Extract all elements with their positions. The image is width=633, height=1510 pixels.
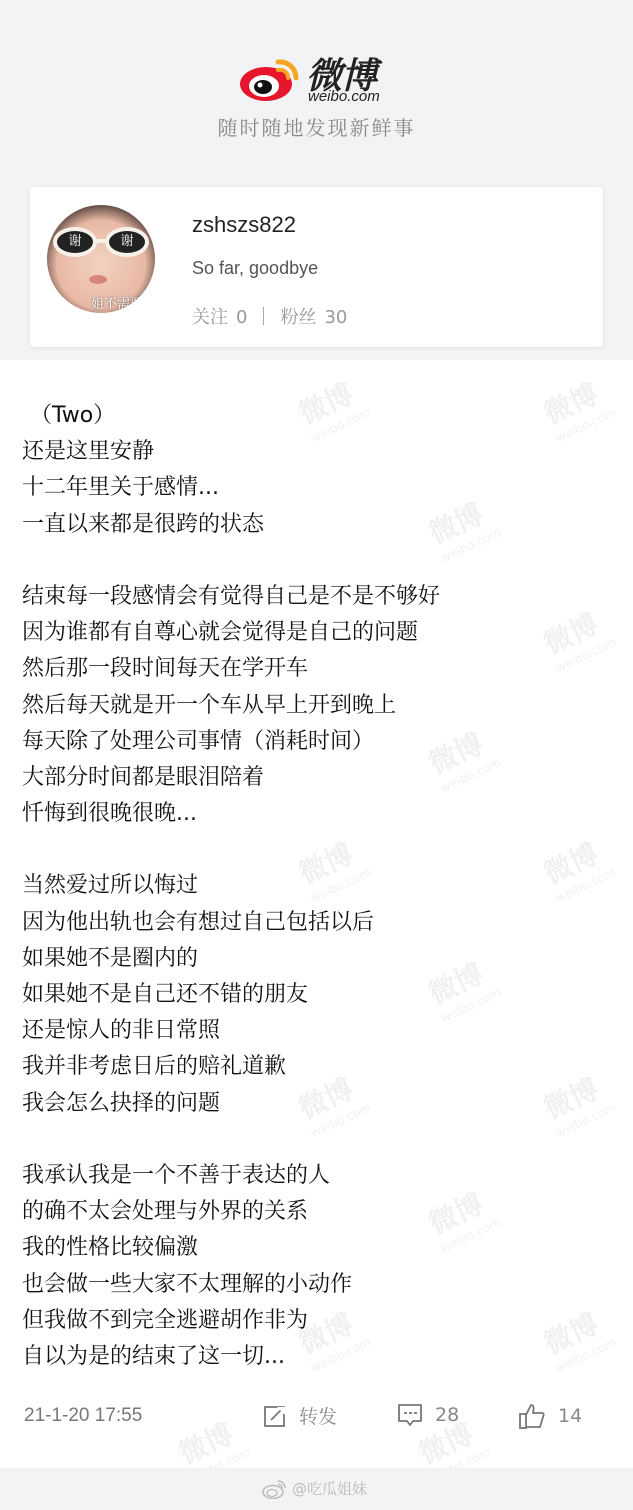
- post-line: 还是这里安静: [22, 434, 612, 470]
- post-line-blank: [22, 832, 612, 868]
- post-line: 我承认我是一个不善于表达的人: [22, 1158, 612, 1194]
- like-count: 14: [558, 1405, 582, 1427]
- following-count: 0: [236, 307, 247, 328]
- post-line: （Two）: [30, 398, 612, 434]
- weibo-logo: 微博 weibo.com: [236, 42, 406, 104]
- post-body: （Two） 还是这里安静 十二年里关于感情... 一直以来都是很跨的状态 结束每…: [22, 398, 612, 1375]
- user-bio: So far, goodbye: [192, 258, 318, 279]
- post-line: 结束每一段感情会有觉得自己是不是不够好: [22, 579, 612, 615]
- post-line: 每天除了处理公司事情（消耗时间）: [22, 724, 612, 760]
- post-line: 因为他出轨也会有想过自己包括以后: [22, 905, 612, 941]
- post-line: 也会做一些大家不太理解的小动作: [22, 1267, 612, 1303]
- weibo-small-icon: [262, 1479, 288, 1499]
- post-line: 如果她不是自己还不错的朋友: [22, 977, 612, 1013]
- post-line: 我的性格比较偏激: [22, 1230, 612, 1266]
- post-line-blank: [22, 1122, 612, 1158]
- post-line: 然后那一段时间每天在学开车: [22, 651, 612, 687]
- post-line: 我并非考虑日后的赔礼道歉: [22, 1049, 612, 1085]
- post-line: 但我做不到完全逃避胡作非为: [22, 1303, 612, 1339]
- repost-icon: [263, 1404, 287, 1428]
- post-timestamp: 21-1-20 17:55: [24, 1405, 142, 1427]
- weibo-eye-icon: [238, 56, 302, 102]
- avatar-glasses-left: 谢: [53, 227, 97, 257]
- username[interactable]: zshszs822: [192, 212, 296, 238]
- post-line: 忏悔到很晚很晚...: [22, 796, 612, 832]
- repost-button[interactable]: 转发: [263, 1402, 337, 1429]
- repost-label: 转发: [299, 1402, 337, 1429]
- slogan: 随时随地发现新鲜事: [0, 112, 633, 141]
- following-label: 关注: [192, 307, 228, 328]
- post-line: 然后每天就是开一个车从早上开到晚上: [22, 688, 612, 724]
- post-line-blank: [22, 543, 612, 579]
- post-line: 十二年里关于感情...: [22, 470, 612, 506]
- comment-count: 28: [435, 1404, 459, 1426]
- logo-text-en: weibo.com: [308, 88, 380, 105]
- post-line: 当然爱过所以悔过: [22, 868, 612, 904]
- post-line: 大部分时间都是眼泪陪着: [22, 760, 612, 796]
- avatar[interactable]: 谢 谢 姐不需要: [47, 205, 155, 313]
- comment-button[interactable]: 28: [397, 1402, 459, 1428]
- post-line: 的确不太会处理与外界的关系: [22, 1194, 612, 1230]
- footer-source-handle: @吃瓜姐妹: [292, 1478, 367, 1499]
- user-stats: 关注0 粉丝30: [192, 303, 347, 329]
- post-line: 自以为是的结束了这一切...: [22, 1339, 612, 1375]
- following-link[interactable]: 关注0: [192, 303, 247, 329]
- avatar-mouth: [89, 275, 107, 284]
- footer-source: @吃瓜姐妹: [262, 1478, 367, 1499]
- post-meta: 21-1-20 17:55 转发 28 14: [0, 1400, 633, 1434]
- profile-card: 谢 谢 姐不需要 zshszs822 So far, goodbye 关注0 粉…: [30, 187, 603, 347]
- post-line: 一直以来都是很跨的状态: [22, 507, 612, 543]
- like-button[interactable]: 14: [518, 1402, 582, 1430]
- post-line: 还是惊人的非日常照: [22, 1013, 612, 1049]
- comment-icon: [397, 1402, 423, 1428]
- followers-link[interactable]: 粉丝30: [280, 303, 347, 329]
- post-line: 如果她不是圈内的: [22, 941, 612, 977]
- footer-band: @吃瓜姐妹: [0, 1468, 633, 1510]
- followers-count: 30: [324, 307, 347, 328]
- thumbs-up-icon: [518, 1402, 546, 1430]
- stats-divider: [263, 307, 264, 325]
- avatar-glasses-right: 谢: [105, 227, 149, 257]
- post-line: 因为谁都有自尊心就会觉得是自己的问题: [22, 615, 612, 651]
- avatar-caption: 姐不需要: [91, 293, 143, 312]
- followers-label: 粉丝: [280, 307, 316, 328]
- post-line: 我会怎么抉择的问题: [22, 1086, 612, 1122]
